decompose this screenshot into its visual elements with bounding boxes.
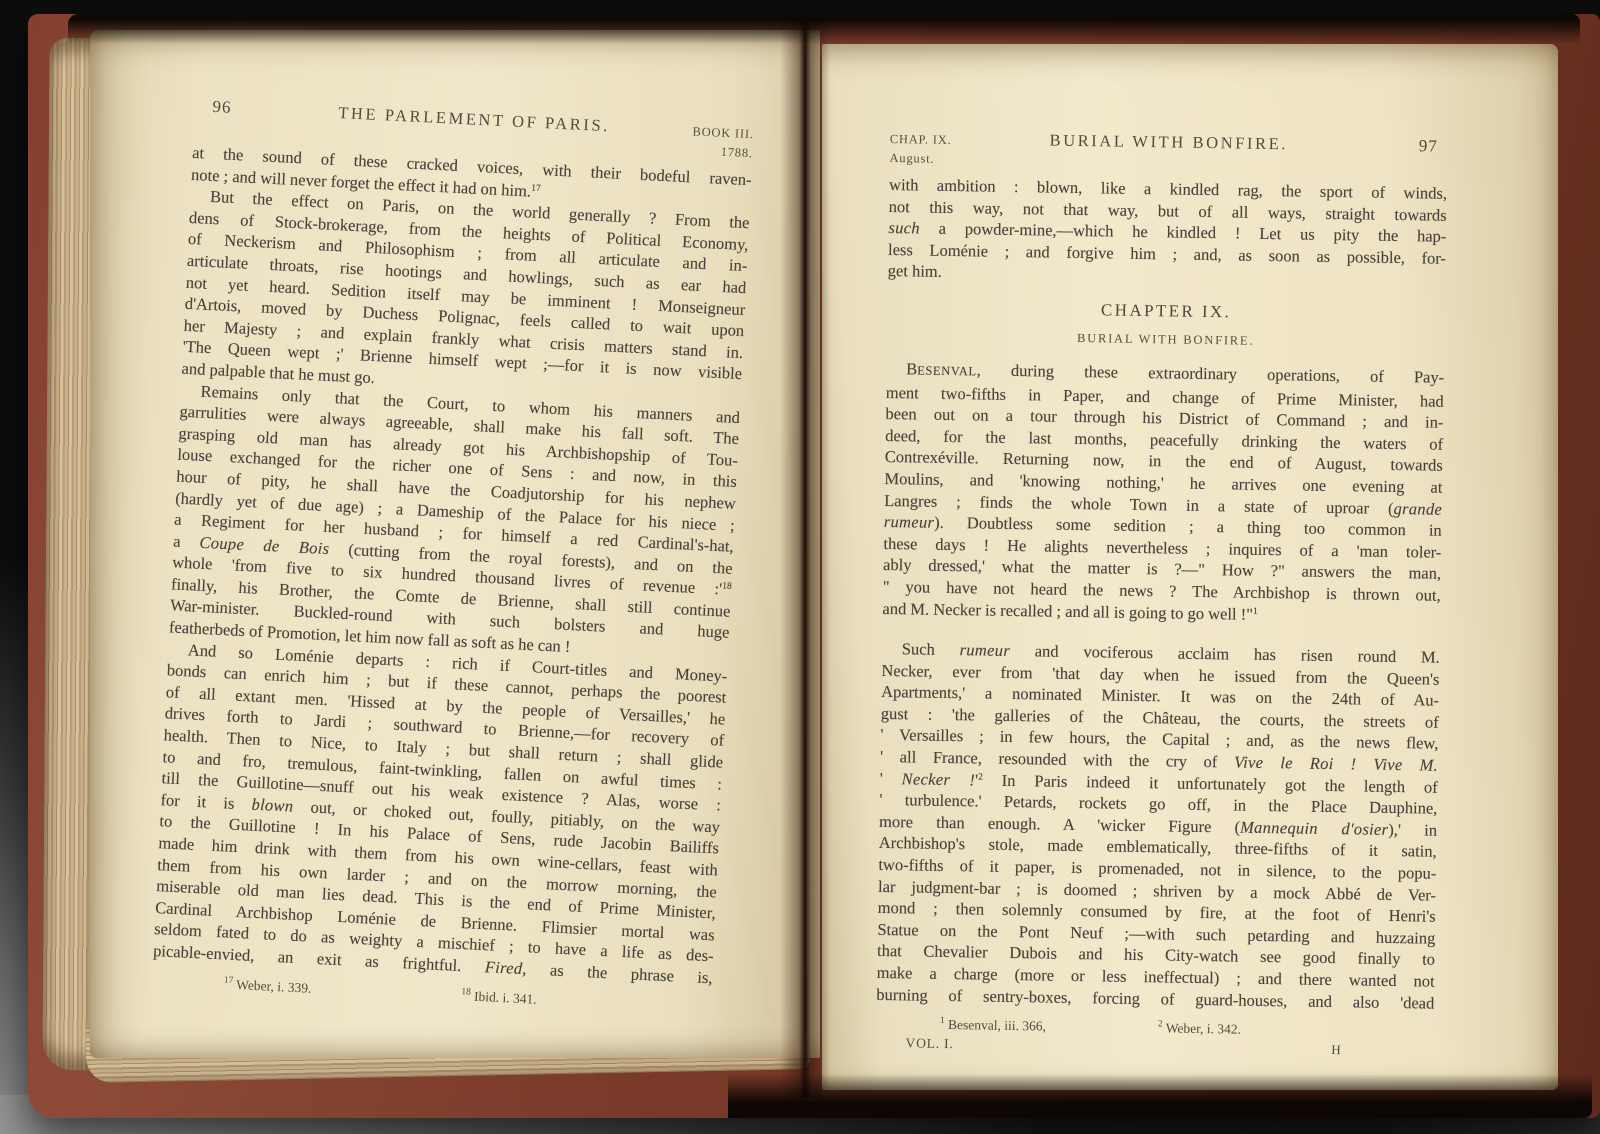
left-page-body: at the sound of these cracked voices, wi… xyxy=(153,142,752,989)
bottom-shadow xyxy=(728,1074,1592,1118)
footnote: 17 Weber, i. 339. xyxy=(223,976,312,996)
top-shadow xyxy=(68,14,1580,44)
book-cover: 96 THE PARLEMENT OF PARIS. BOOK III. 178… xyxy=(28,14,1600,1118)
right-page-header: CHAP. IX. August. BURIAL WITH BONFIRE. 9… xyxy=(889,128,1448,183)
year-label: 1788. xyxy=(691,141,753,163)
chapter-heading: CHAPTER IX. xyxy=(887,297,1445,326)
left-page-content: 96 THE PARLEMENT OF PARIS. BOOK III. 178… xyxy=(151,96,754,1016)
footnote: 1 Besenval, iii. 366, xyxy=(940,1017,1046,1035)
volume-label: VOL. I. xyxy=(905,1036,953,1053)
signature-mark: H xyxy=(1331,1042,1341,1058)
book-photo-scene: 96 THE PARLEMENT OF PARIS. BOOK III. 178… xyxy=(0,0,1600,1134)
section-heading: BURIAL WITH BONFIRE. xyxy=(887,328,1445,352)
footnote: 2 Weber, i. 342. xyxy=(1158,1021,1241,1038)
month-label: August. xyxy=(889,149,951,169)
right-page-body: with ambition : blown, like a kindled ra… xyxy=(876,174,1447,1014)
left-page: 96 THE PARLEMENT OF PARIS. BOOK III. 178… xyxy=(90,30,820,1058)
paragraph: Such rumeur and vociferous acclaim has r… xyxy=(876,638,1440,1014)
paragraph: Besenval, during these extraordinary ope… xyxy=(882,358,1444,628)
book-label: BOOK III. xyxy=(692,122,754,144)
running-title-right: BURIAL WITH BONFIRE. xyxy=(890,128,1448,157)
right-page-content: CHAP. IX. August. BURIAL WITH BONFIRE. 9… xyxy=(875,128,1447,1060)
page-number-right: 97 xyxy=(1419,136,1438,156)
footnote: 18 Ibid. i. 341. xyxy=(461,988,537,1008)
spine-gutter-shadow xyxy=(780,20,830,1098)
running-title-left: THE PARLEMENT OF PARIS. xyxy=(194,96,754,143)
paragraph: with ambition : blown, like a kindled ra… xyxy=(888,174,1448,291)
margin-note-left-page: BOOK III. 1788. xyxy=(691,122,754,163)
right-page: CHAP. IX. August. BURIAL WITH BONFIRE. 9… xyxy=(822,44,1558,1090)
